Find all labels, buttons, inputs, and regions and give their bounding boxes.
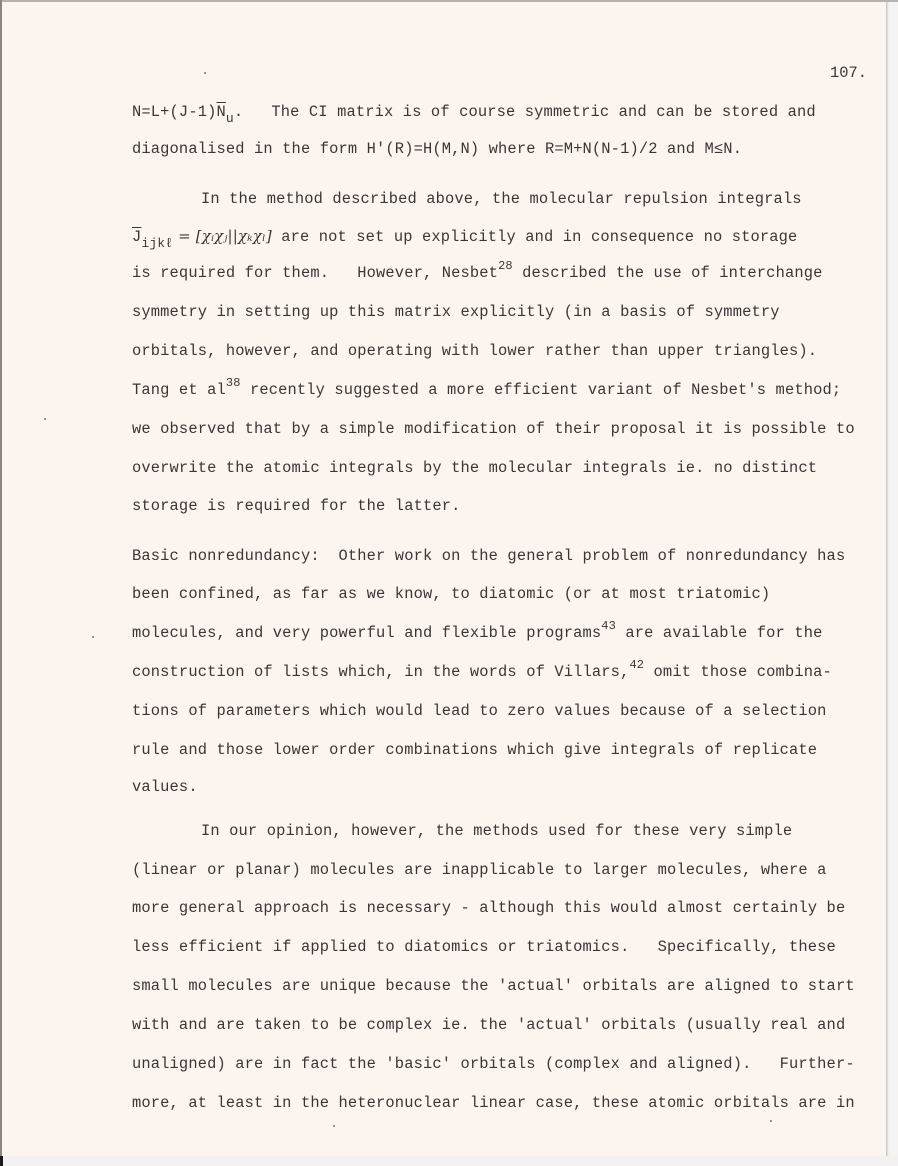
text-line-5: is required for them. However, Nesbet28 …: [132, 264, 823, 282]
text-line-16: tions of parameters which would lead to …: [132, 702, 827, 720]
citation-43: 43: [601, 619, 616, 633]
page-bottom-strip: [0, 1156, 898, 1166]
line-text-pre: construction of lists which, in the word…: [132, 663, 629, 681]
text-line-24: with and are taken to be complex ie. the…: [132, 1016, 845, 1034]
line-text-pre: molecules, and very powerful and flexibl…: [132, 624, 601, 642]
text-line-10: overwrite the atomic integrals by the mo…: [132, 459, 817, 477]
line-text-pre: is required for them. However, Nesbet: [132, 264, 498, 282]
citation-28: 28: [498, 259, 513, 273]
page-number: 107.: [830, 64, 867, 82]
line-text: recently suggested a more efficient vari…: [241, 381, 842, 399]
line-text-pre: Tang et al: [132, 381, 226, 399]
paper-speck: [770, 1120, 772, 1122]
text-line-22: less efficient if applied to diatomics o…: [132, 938, 836, 956]
paper-speck: [44, 418, 46, 420]
formula-subscript: u: [226, 111, 234, 126]
text-line-23: small molecules are unique because the '…: [132, 977, 855, 995]
citation-38: 38: [226, 376, 241, 390]
formula-j-bar: J: [132, 228, 141, 246]
text-line-19: In our opinion, however, the methods use…: [201, 822, 792, 840]
text-line-26: more, at least in the heteronuclear line…: [132, 1094, 855, 1112]
formula-subscript: ijkℓ: [141, 236, 173, 251]
line-text: omit those combina-: [644, 663, 832, 681]
integral-formula: = [χᵢχⱼ||χₖχₗ]: [173, 227, 272, 245]
text-line-20: (linear or planar) molecules are inappli…: [132, 861, 827, 879]
text-line-14: molecules, and very powerful and flexibl…: [132, 624, 823, 642]
formula-n-bar: N: [216, 103, 225, 121]
page-bottom-corner: [0, 1156, 3, 1166]
paper-speck: [204, 72, 206, 74]
text-line-18: values.: [132, 778, 198, 796]
text-line-2: diagonalised in the form H'(R)=H(M,N) wh…: [132, 140, 742, 158]
line-text: are not set up explicitly and in consequ…: [272, 228, 798, 246]
page-left-edge: [0, 0, 2, 1166]
paper-speck: [92, 636, 94, 638]
text-line-21: more general approach is necessary - alt…: [132, 899, 845, 917]
text-line-12: Basic nonredundancy: Other work on the g…: [132, 547, 845, 565]
line-text: described the use of interchange: [513, 264, 823, 282]
paper-speck: [333, 1125, 335, 1127]
text-line-4: Jijkℓ = [χᵢχⱼ||χₖχₗ] are not set up expl…: [132, 227, 797, 246]
page-top-edge: [0, 0, 898, 2]
line-text: are available for the: [616, 624, 823, 642]
text-line-9: we observed that by a simple modificatio…: [132, 420, 855, 438]
line-text: . The CI matrix is of course symmetric a…: [234, 103, 816, 121]
text-line-6: symmetry in setting up this matrix expli…: [132, 303, 780, 321]
text-line-13: been confined, as far as we know, to dia…: [132, 585, 770, 603]
text-line-7: orbitals, however, and operating with lo…: [132, 342, 817, 360]
text-line-17: rule and those lower order combinations …: [132, 741, 817, 759]
text-line-15: construction of lists which, in the word…: [132, 663, 832, 681]
text-line-1: N=L+(J-1)Nu. The CI matrix is of course …: [132, 103, 816, 121]
text-line-25: unaligned) are in fact the 'basic' orbit…: [132, 1055, 855, 1073]
citation-42: 42: [629, 658, 644, 672]
text-line-11: storage is required for the latter.: [132, 497, 461, 515]
text-line-3: In the method described above, the molec…: [201, 190, 802, 208]
text-line-8: Tang et al38 recently suggested a more e…: [132, 381, 841, 399]
formula-prefix: N=L+(J-1): [132, 103, 216, 121]
